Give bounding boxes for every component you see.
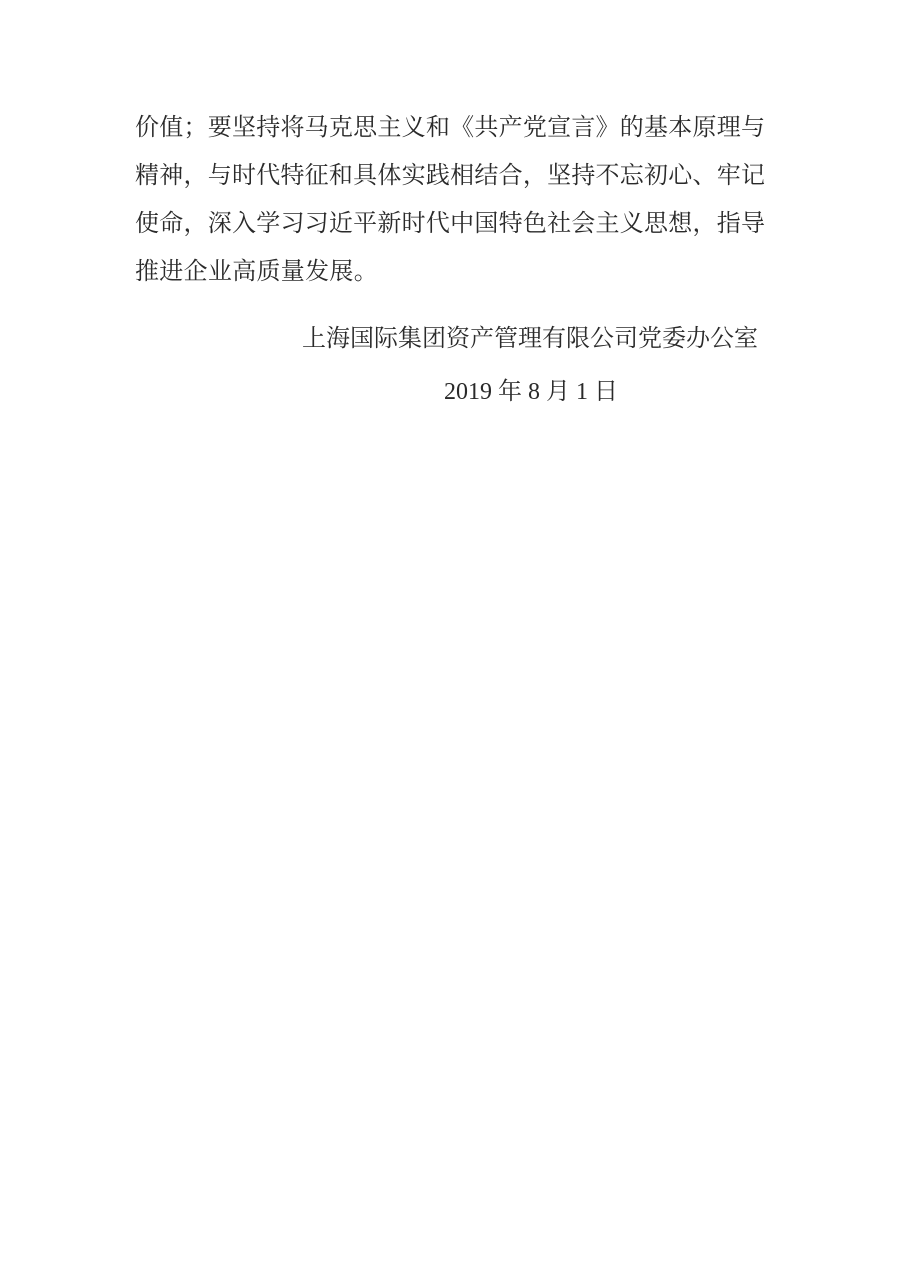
document-page: 价值；要坚持将马克思主义和《共产党宣言》的基本原理与 精神，与时代特征和具体实践… [0,0,900,1273]
body-text-line: 价值；要坚持将马克思主义和《共产党宣言》的基本原理与 [135,113,765,143]
signature-organization: 上海国际集团资产管理有限公司党委办公室 [135,324,765,354]
body-text-line: 推进企业高质量发展。 [135,257,765,287]
document-date: 2019 年 8 月 1 日 [135,377,765,407]
body-text-line: 使命，深入学习习近平新时代中国特色社会主义思想，指导 [135,209,765,239]
body-text-line: 精神，与时代特征和具体实践相结合，坚持不忘初心、牢记 [135,161,765,191]
